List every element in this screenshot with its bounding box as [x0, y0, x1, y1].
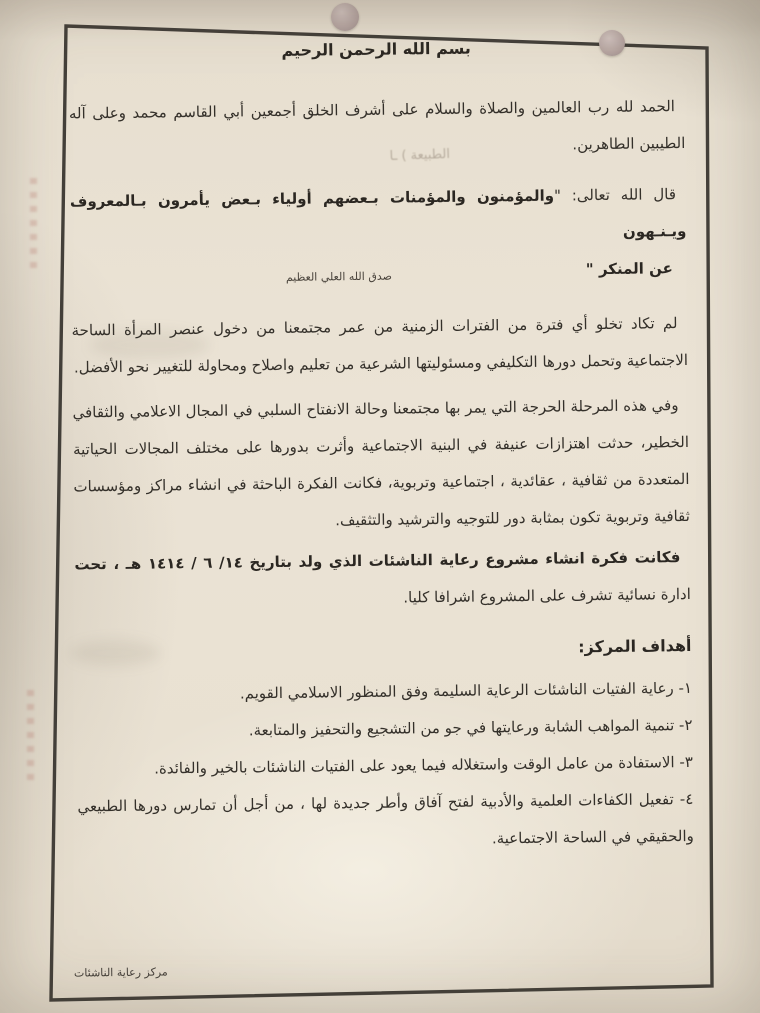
verse-text-end: عن المنكر " — [586, 250, 673, 288]
goals-list: ١- رعاية الفتيات الناشئات الرعاية السليم… — [76, 670, 694, 863]
red-smudge-top — [30, 178, 37, 273]
goal-item-4: ٤- تفعيل الكفاءات العلمية والأدبية لفتح … — [77, 781, 694, 863]
red-smudge-bottom — [27, 690, 34, 780]
quran-verse-line2: عن المنكر " صدق الله العلي العظيم — [71, 250, 687, 295]
tasdiq-text: صدق الله العلي العظيم — [286, 258, 392, 296]
founding-date-text: فكانت فكرة انشاء مشروع رعاية الناشئات ال… — [74, 548, 680, 573]
pin-mark-left — [331, 3, 359, 31]
paragraph-women-role: لم تكاد تخلو أي فترة من الفترات الزمنية … — [71, 305, 688, 387]
footer-center-name: مركز رعاية الناشئات — [74, 965, 168, 979]
goals-heading: أهداف المركز: — [75, 627, 691, 672]
paragraph-project-founding: فكانت فكرة انشاء مشروع رعاية الناشئات ال… — [74, 539, 691, 621]
scanned-document-photo: الطبيعة ) ـا بسم الله الرحمن الرحيم الحم… — [0, 0, 760, 1013]
founding-admin-text: ادارة نسائية تشرف على المشروع اشرافا كلي… — [403, 585, 691, 607]
quran-verse-line1: قال الله تعالى: "والمؤمنون والمؤمنات بـع… — [70, 176, 687, 258]
document-body: بسم الله الرحمن الرحيم الحمد لله رب العا… — [68, 34, 694, 862]
opening-praise-paragraph: الحمد لله رب العالمين والصلاة والسلام عل… — [69, 88, 686, 170]
verse-intro: قال الله تعالى: " — [554, 185, 676, 204]
paragraph-critical-stage: وفي هذه المرحلة الحرجة التي يمر بها مجتم… — [72, 387, 690, 543]
